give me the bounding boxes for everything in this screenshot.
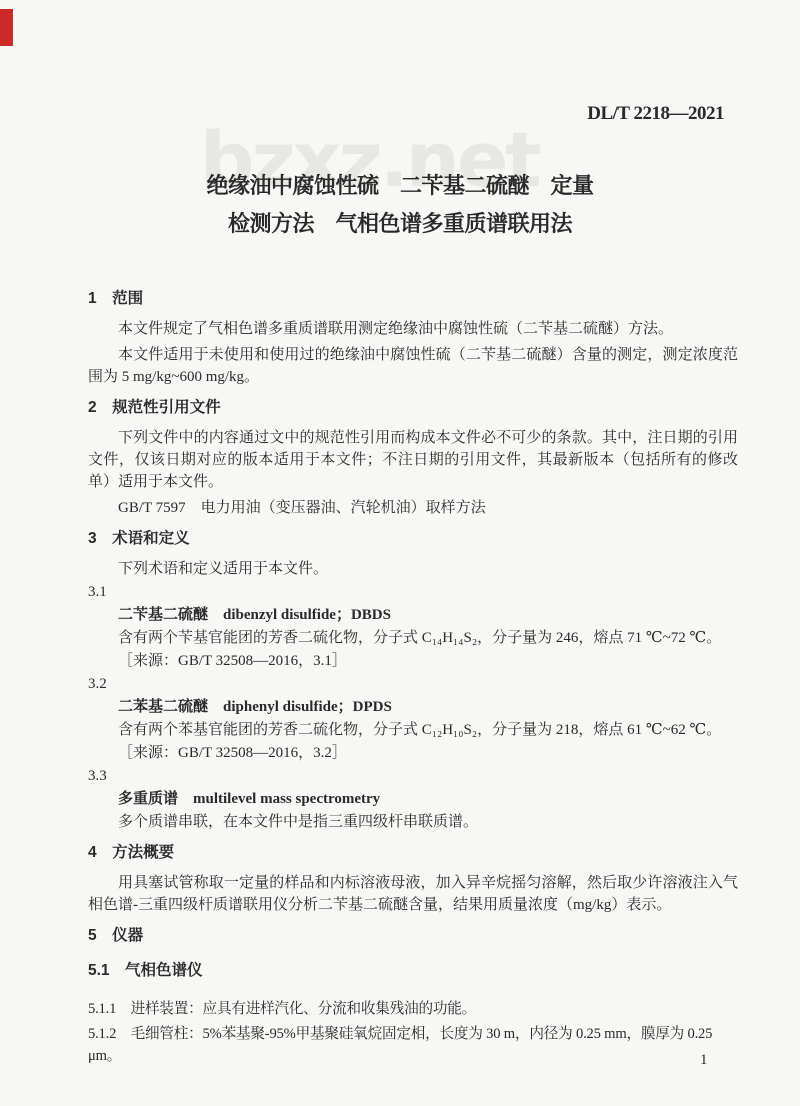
paragraph: GB/T 7597 电力用油（变压器油、汽轮机油）取样方法	[88, 497, 738, 519]
subsection-heading: 5.1 气相色谱仪	[88, 960, 738, 982]
clause-text: 5.1.1 进样装置：应具有进样汽化、分流和收集残油的功能。	[88, 998, 738, 1020]
term-definition: 多个质谱串联，在本文件中是指三重四级杆串联质谱。	[88, 811, 738, 833]
source-note: ［来源：GB/T 32508—2016，3.1］	[88, 650, 738, 672]
section-heading: 5 仪器	[88, 925, 738, 947]
corner-red-mark	[0, 9, 13, 46]
term-definition: 含有两个苯基官能团的芳香二硫化物，分子式 C₁₂H₁₀S₂，分子量为 218，熔…	[88, 719, 738, 741]
document-title-line1: 绝缘油中腐蚀性硫 二苄基二硫醚 定量	[0, 172, 800, 200]
section-heading: 4 方法概要	[88, 842, 738, 864]
term-definition: 含有两个苄基官能团的芳香二硫化物，分子式 C₁₄H₁₄S₂，分子量为 246，熔…	[88, 627, 738, 649]
paragraph: 本文件规定了气相色谱多重质谱联用测定绝缘油中腐蚀性硫（二苄基二硫醚）方法。	[88, 318, 738, 340]
document-title-line2: 检测方法 气相色谱多重质谱联用法	[0, 210, 800, 238]
term-heading: 二苯基二硫醚 diphenyl disulfide；DPDS	[88, 696, 738, 718]
term-number: 3.2	[88, 673, 738, 695]
section-heading: 2 规范性引用文件	[88, 397, 738, 419]
paragraph: 本文件适用于未使用和使用过的绝缘油中腐蚀性硫（二苄基二硫醚）含量的测定，测定浓度…	[88, 344, 738, 388]
section-heading: 3 术语和定义	[88, 528, 738, 550]
term-heading: 多重质谱 multilevel mass spectrometry	[88, 788, 738, 810]
term-heading: 二苄基二硫醚 dibenzyl disulfide；DBDS	[88, 604, 738, 626]
document-body: 1 范围本文件规定了气相色谱多重质谱联用测定绝缘油中腐蚀性硫（二苄基二硫醚）方法…	[88, 282, 738, 1067]
source-note: ［来源：GB/T 32508—2016，3.2］	[88, 742, 738, 764]
term-number: 3.3	[88, 765, 738, 787]
standard-number: DL/T 2218—2021	[587, 103, 724, 125]
paragraph: 下列术语和定义适用于本文件。	[88, 558, 738, 580]
term-number: 3.1	[88, 581, 738, 603]
section-heading: 1 范围	[88, 288, 738, 310]
clause-text: 5.1.2 毛细管柱：5%苯基聚-95%甲基聚硅氧烷固定相，长度为 30 m，内…	[88, 1023, 738, 1067]
paragraph: 用具塞试管称取一定量的样品和内标溶液母液，加入异辛烷摇匀溶解，然后取少许溶液注入…	[88, 872, 738, 916]
paragraph: 下列文件中的内容通过文中的规范性引用而构成本文件必不可少的条款。其中，注日期的引…	[88, 427, 738, 493]
document-page: bzxz.net DL/T 2218—2021 绝缘油中腐蚀性硫 二苄基二硫醚 …	[0, 0, 800, 1106]
